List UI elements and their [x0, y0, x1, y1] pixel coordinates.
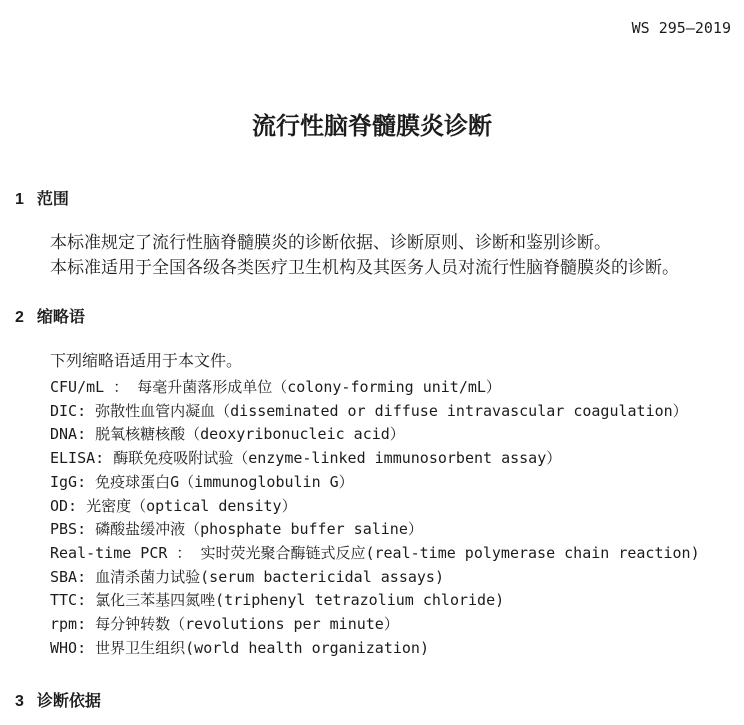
abbreviations-intro: 下列缩略语适用于本文件。 [50, 350, 242, 374]
section-title: 诊断依据 [37, 693, 101, 710]
scope-paragraph: 本标准规定了流行性脑脊髓膜炎的诊断依据、诊断原则、诊断和鉴别诊断。 [50, 230, 714, 255]
abbreviation-item: DNA: 脱氧核糖核酸（deoxyribonucleic acid） [50, 423, 734, 447]
abbreviation-item: Real-time PCR ： 实时荧光聚合酶链式反应(real-time po… [50, 542, 734, 566]
abbreviation-item: SBA: 血清杀菌力试验(serum bactericidal assays) [50, 566, 734, 590]
abbreviation-item: PBS: 磷酸盐缓冲液（phosphate buffer saline） [50, 518, 734, 542]
section-title: 范围 [37, 191, 69, 208]
section-heading-abbreviations: 2缩略语 [15, 304, 85, 327]
section-title: 缩略语 [37, 309, 85, 326]
abbreviation-item: ELISA: 酶联免疫吸附试验（enzyme-linked immunosorb… [50, 447, 734, 471]
section-heading-diagnosis-basis: 3诊断依据 [15, 688, 101, 711]
scope-paragraph: 本标准适用于全国各级各类医疗卫生机构及其医务人员对流行性脑脊髓膜炎的诊断。 [50, 255, 714, 280]
abbreviation-item: DIC: 弥散性血管内凝血（disseminated or diffuse in… [50, 400, 734, 424]
abbreviations-list: CFU/mL ： 每毫升菌落形成单位（colony-forming unit/m… [50, 376, 734, 660]
abbreviation-item: CFU/mL ： 每毫升菌落形成单位（colony-forming unit/m… [50, 376, 734, 400]
document-title: 流行性脑脊髓膜炎诊断 [0, 106, 744, 141]
abbreviation-item: rpm: 每分钟转数（revolutions per minute） [50, 613, 734, 637]
section-number: 1 [15, 191, 24, 209]
abbreviation-item: WHO: 世界卫生组织(world health organization) [50, 637, 734, 661]
scope-paragraphs: 本标准规定了流行性脑脊髓膜炎的诊断依据、诊断原则、诊断和鉴别诊断。 本标准适用于… [50, 230, 714, 280]
standard-code: WS 295—2019 [632, 19, 731, 37]
section-number: 3 [15, 693, 24, 711]
section-heading-scope: 1范围 [15, 186, 69, 209]
standard-document-page: WS 295—2019 流行性脑脊髓膜炎诊断 1范围 本标准规定了流行性脑脊髓膜… [0, 0, 744, 725]
section-number: 2 [15, 309, 24, 327]
abbreviation-item: OD: 光密度（optical density） [50, 495, 734, 519]
abbreviation-item: IgG: 免疫球蛋白G（immunoglobulin G） [50, 471, 734, 495]
abbreviation-item: TTC: 氯化三苯基四氮唑(triphenyl tetrazolium chlo… [50, 589, 734, 613]
